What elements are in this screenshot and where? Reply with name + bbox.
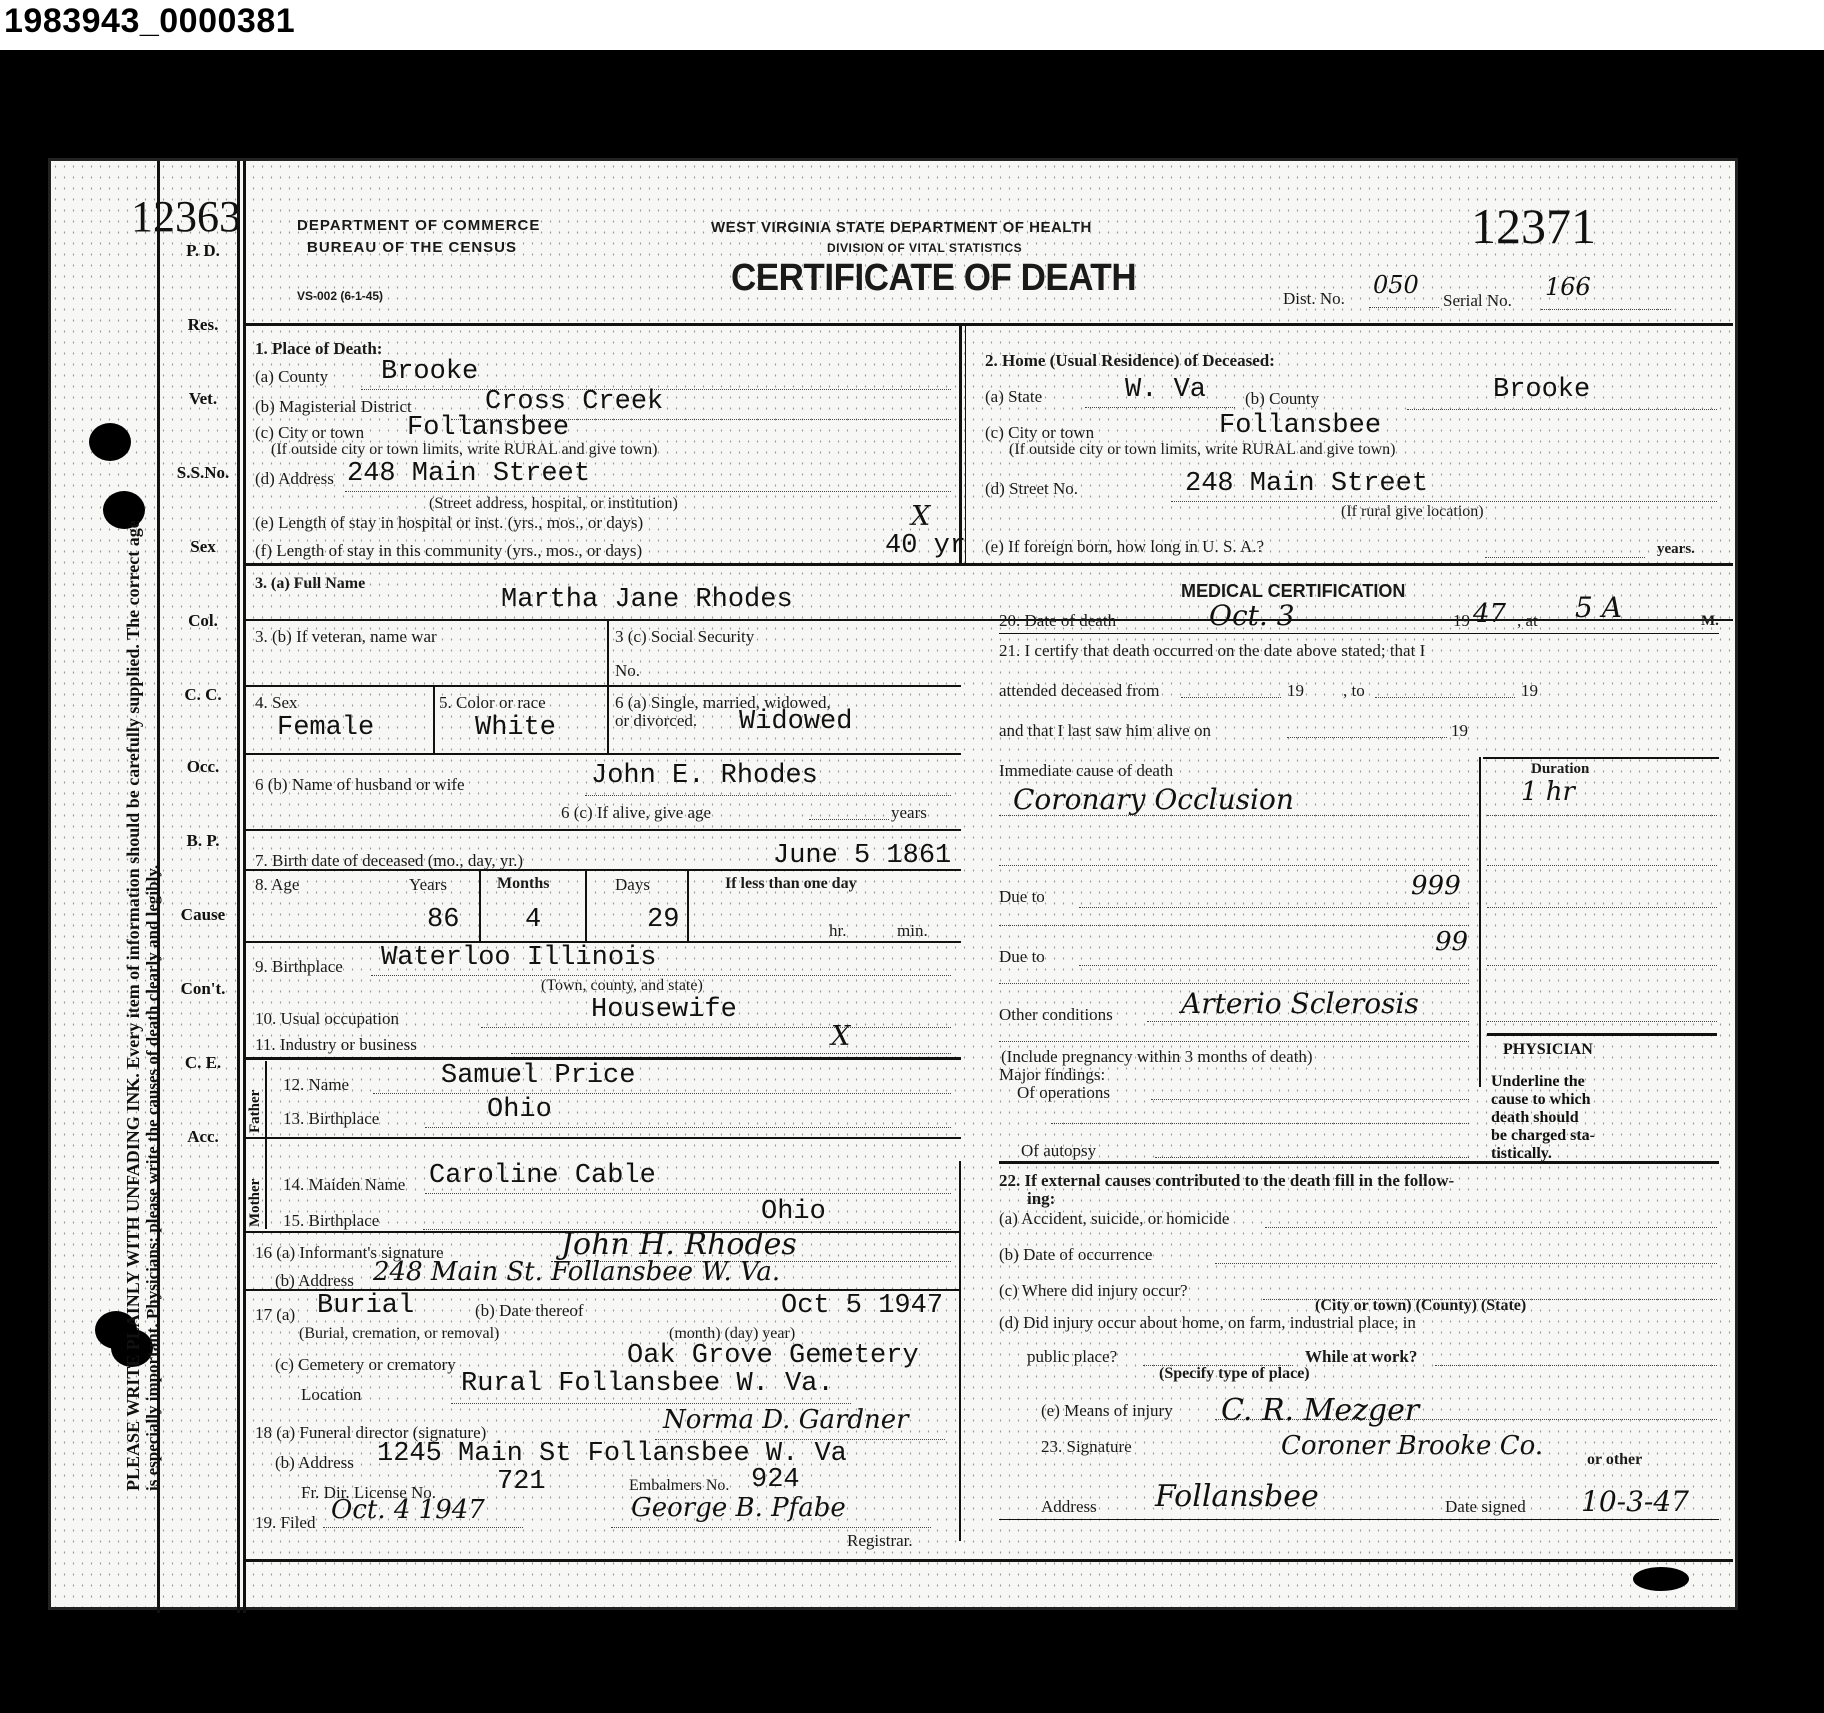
months-label: Months (497, 875, 549, 893)
underline (1407, 409, 1717, 410)
underline (1051, 1123, 1469, 1124)
less-day-label: If less than one day (725, 875, 857, 893)
row-divider (243, 685, 961, 687)
header-divider (243, 323, 1733, 326)
sex-label: 4. Sex (255, 693, 298, 713)
father-bracket (265, 1061, 267, 1147)
years-label: Years (409, 875, 447, 895)
address-note: (Street address, hospital, or institutio… (429, 495, 678, 513)
image-id: 1983943_0000381 (4, 2, 295, 41)
age-months[interactable]: 4 (525, 905, 541, 935)
home-state[interactable]: W. Va (1125, 375, 1206, 405)
section-divider (243, 563, 1733, 566)
code-ce: C. E. (161, 1053, 245, 1073)
burial-date[interactable]: Oct 5 1947 (781, 1291, 943, 1321)
underline (1171, 501, 1717, 502)
underline (1485, 557, 1645, 558)
state-dept: WEST VIRGINIA STATE DEPARTMENT OF HEALTH (711, 219, 1092, 236)
stay-community[interactable]: 40 yr (885, 531, 966, 561)
certifier-title[interactable]: Coroner Brooke Co. (1281, 1431, 1543, 1461)
physician-note-line: death should (1491, 1109, 1595, 1127)
underline (1265, 1227, 1717, 1228)
title-print: or other (1587, 1451, 1642, 1469)
occupation[interactable]: Housewife (591, 995, 737, 1025)
burial-label: 17 (a) (255, 1305, 295, 1325)
certifier-signature[interactable]: C. R. Mezger (1221, 1393, 1419, 1428)
binder-hole (89, 423, 131, 461)
underline (1369, 307, 1439, 308)
underline (451, 1403, 851, 1404)
dist-no-label: Dist. No. (1283, 289, 1345, 309)
column-divider (243, 161, 246, 1613)
funeral-signature[interactable]: Norma D. Gardner (663, 1405, 909, 1435)
physician-note-line: Underline the (1491, 1073, 1595, 1091)
burial-method-note: (Burial, cremation, or removal) (299, 1325, 499, 1343)
death-year-prefix: 19 (1453, 611, 1470, 631)
at-label: , at (1517, 611, 1538, 631)
due-to-1[interactable]: 999 (1411, 871, 1461, 901)
home-state-label: (a) State (985, 387, 1042, 407)
last-saw-label: and that I last saw him alive on (999, 721, 1211, 741)
address-label: (d) Address (255, 469, 334, 489)
mother-bracket (265, 1141, 267, 1229)
spouse-age-suffix: years (891, 803, 927, 823)
underline (1155, 1157, 1469, 1158)
mother-name[interactable]: Caroline Cable (429, 1161, 656, 1191)
home-county[interactable]: Brooke (1493, 375, 1590, 405)
industry[interactable]: X (831, 1021, 850, 1052)
cell-divider (687, 871, 689, 941)
birth-date[interactable]: June 5 1861 (773, 841, 951, 871)
code-occ: Occ. (161, 757, 245, 777)
county-label: (a) County (255, 367, 328, 387)
dist-no: 050 (1373, 271, 1419, 299)
underline (323, 1527, 523, 1528)
cell-divider (433, 687, 435, 753)
row-divider (243, 869, 961, 871)
burial-location[interactable]: Rural Follansbee W. Va. (461, 1369, 834, 1399)
mother-tab: Mother (247, 1179, 264, 1227)
duration[interactable]: 1 hr (1521, 777, 1575, 807)
industry-label: 11. Industry or business (255, 1035, 417, 1055)
bottom-border (243, 1559, 1733, 1562)
home-street-label: (d) Street No. (985, 479, 1078, 499)
stamp-number: 12363 (131, 191, 241, 242)
cell-divider (585, 871, 587, 941)
father-birthplace[interactable]: Ohio (487, 1095, 552, 1125)
row-divider (1487, 1033, 1717, 1036)
date-signed-label: Date signed (1445, 1497, 1526, 1517)
other-conditions[interactable]: Arterio Sclerosis (1181, 987, 1419, 1020)
serial-no: 166 (1545, 273, 1591, 301)
section-divider (959, 326, 962, 564)
row-divider (999, 633, 1719, 634)
physician-note-line: be charged sta- (1491, 1127, 1595, 1145)
cemetery-label: (c) Cemetery or crematory (275, 1355, 456, 1375)
home-street[interactable]: 248 Main Street (1185, 469, 1428, 499)
while-at-work-label: While at work? (1305, 1347, 1417, 1367)
margin-instruction-2: is especially important. Physicians: ple… (143, 865, 163, 1491)
physician-note: Underline the cause to which death shoul… (1491, 1073, 1595, 1163)
certificate-number: 12371 (1471, 197, 1596, 255)
row-divider (243, 619, 1733, 621)
row-divider (1483, 757, 1719, 759)
underline (999, 983, 1469, 984)
immediate-cause[interactable]: Coronary Occlusion (1013, 783, 1294, 816)
father-tab: Father (247, 1090, 264, 1133)
stay-community-label: (f) Length of stay in this community (yr… (255, 541, 642, 561)
row-divider (243, 829, 961, 831)
underline (1085, 407, 1235, 408)
stay-hospital-label: (e) Length of stay in hospital or inst. … (255, 513, 643, 533)
mother-birthplace[interactable]: Ohio (761, 1197, 826, 1227)
father-bp-label: 13. Birthplace (283, 1109, 379, 1129)
location-label: Location (301, 1385, 361, 1405)
certifier-address[interactable]: Follansbee (1155, 1479, 1319, 1514)
code-col: Col. (161, 611, 245, 631)
row-divider (999, 1519, 1719, 1520)
occupation-label: 10. Usual occupation (255, 1009, 399, 1029)
underline (373, 1093, 951, 1094)
veteran-label: 3. (b) If veteran, name war (255, 627, 437, 647)
dept-line-1: DEPARTMENT OF COMMERCE (297, 217, 540, 234)
means-label: (e) Means of injury (1041, 1401, 1173, 1421)
father-name-label: 12. Name (283, 1075, 349, 1095)
underline (425, 1193, 951, 1194)
underline (1487, 907, 1717, 908)
code-cause: Cause (161, 905, 245, 925)
death-county[interactable]: Brooke (381, 357, 478, 387)
license-no[interactable]: 721 (497, 1467, 546, 1497)
underline (1487, 865, 1717, 866)
ss-no-label: No. (615, 661, 640, 681)
underline (481, 1027, 951, 1028)
underline (1375, 697, 1515, 698)
seal-mark (1633, 1567, 1689, 1591)
foreign-label: (e) If foreign born, how long in U. S. A… (985, 537, 1264, 557)
home-street-note: (If rural give location) (1341, 503, 1484, 521)
underline (999, 925, 1469, 926)
home-city-note: (If outside city or town limits, write R… (1009, 441, 1395, 459)
underline (371, 975, 951, 976)
row-divider (243, 1137, 961, 1139)
nineteen-1: 19 (1287, 681, 1304, 701)
accident-label: (a) Accident, suicide, or homicide (999, 1209, 1229, 1229)
full-name-label: 3. (a) Full Name (255, 575, 365, 593)
filed-date[interactable]: Oct. 4 1947 (331, 1495, 485, 1525)
home-city[interactable]: Follansbee (1219, 411, 1381, 441)
burial-date-label: (b) Date thereof (475, 1301, 584, 1321)
age-days[interactable]: 29 (647, 905, 679, 935)
death-address[interactable]: 248 Main Street (347, 459, 590, 489)
underline (999, 865, 1469, 866)
underline (1487, 965, 1717, 966)
embalmer-no[interactable]: 924 (751, 1465, 800, 1495)
did-injury-label: (d) Did injury occur about home, on farm… (999, 1313, 1416, 1333)
spouse-label: 6 (b) Name of husband or wife (255, 775, 465, 795)
other-label: Other conditions (999, 1005, 1113, 1025)
underline (1487, 1021, 1717, 1022)
race[interactable]: White (475, 713, 556, 743)
father-name[interactable]: Samuel Price (441, 1061, 635, 1091)
min-label: min. (897, 921, 928, 941)
underline (1287, 737, 1447, 738)
autopsy-label: Of autopsy (1021, 1141, 1096, 1161)
underline (999, 815, 1469, 816)
informant-address[interactable]: 248 Main St. Follansbee W. Va. (373, 1257, 780, 1287)
underline (1147, 1021, 1469, 1022)
death-time[interactable]: 5 A (1575, 591, 1622, 624)
days-label: Days (615, 875, 650, 895)
nineteen-2: 19 (1521, 681, 1538, 701)
underline (1079, 907, 1469, 908)
home-city-label: (c) City or town (985, 423, 1094, 443)
registrar-signature[interactable]: George B. Pfabe (631, 1493, 846, 1523)
marital-status[interactable]: Widowed (739, 707, 852, 737)
foreign-suffix: years. (1657, 541, 1695, 558)
dept-line-2: BUREAU OF THE CENSUS (307, 239, 517, 256)
section-divider (965, 326, 966, 564)
attended-label: attended deceased from (999, 681, 1159, 701)
underline (425, 1127, 951, 1128)
age-label: 8. Age (255, 875, 299, 895)
spouse-name[interactable]: John E. Rhodes (591, 761, 818, 791)
code-cont: Con't. (161, 979, 245, 999)
certifier-address-label: Address (1041, 1497, 1097, 1517)
column-divider (157, 161, 160, 1613)
code-sex: Sex (161, 537, 245, 557)
duration-divider (1479, 757, 1481, 1087)
race-label: 5. Color or race (439, 693, 546, 713)
cell-divider (607, 687, 609, 753)
image-id-bar: 1983943_0000381 (0, 0, 1824, 50)
death-certificate: PLEASE WRITE PLAINLY WITH UNFADING INK. … (48, 158, 1738, 1610)
m-label: M. (1701, 613, 1719, 630)
code-res: Res. (161, 315, 245, 335)
physician-title: PHYSICIAN (1503, 1041, 1593, 1059)
code-vet: Vet. (161, 389, 245, 409)
operations-label: Of operations (1017, 1083, 1110, 1103)
section-divider (959, 1161, 961, 1541)
underline (809, 819, 889, 820)
district-label: (b) Magisterial District (255, 397, 412, 417)
underline (511, 1053, 951, 1054)
cemetery[interactable]: Oak Grove Gemetery (627, 1341, 919, 1371)
underline (999, 1041, 1469, 1042)
code-acc: Acc. (161, 1127, 245, 1147)
row-divider (243, 1057, 961, 1060)
duration-label: Duration (1531, 761, 1589, 778)
stay-hospital[interactable]: X (911, 501, 930, 532)
physician-note-line: cause to which (1491, 1091, 1595, 1109)
due-to-2[interactable]: 99 (1435, 927, 1468, 957)
major-findings: Major findings: (999, 1065, 1105, 1085)
underline (1435, 1365, 1717, 1366)
date-signed[interactable]: 10-3-47 (1581, 1485, 1689, 1518)
certify-line: 21. I certify that death occurred on the… (999, 641, 1425, 661)
external-heading-1: 22. If external causes contributed to th… (999, 1171, 1454, 1191)
code-cc: C. C. (161, 685, 245, 705)
row-divider (999, 1161, 1719, 1164)
public-place-label: public place? (1027, 1347, 1117, 1367)
code-ssno: S.S.No. (161, 463, 245, 483)
serial-no-label: Serial No. (1443, 291, 1512, 311)
spouse-age-label: 6 (c) If alive, give age (561, 803, 711, 823)
home-county-label: (b) County (1245, 389, 1319, 409)
birth-label: 7. Birth date of deceased (mo., day, yr.… (255, 851, 523, 871)
city-note: (If outside city or town limits, write R… (271, 441, 657, 459)
death-date[interactable]: Oct. 3 (1209, 599, 1295, 632)
burial-method[interactable]: Burial (317, 1291, 414, 1321)
underline (585, 795, 951, 796)
birthplace-label: 9. Birthplace (255, 957, 343, 977)
cell-divider (479, 871, 481, 941)
sex[interactable]: Female (277, 713, 374, 743)
immediate-label: Immediate cause of death (999, 761, 1173, 781)
funeral-address-label: (b) Address (275, 1453, 354, 1473)
underline (1079, 965, 1469, 966)
underline (1151, 1099, 1469, 1100)
certificate-title: CERTIFICATE OF DEATH (731, 257, 1136, 300)
underline (611, 1527, 931, 1528)
margin-instruction-1: PLEASE WRITE PLAINLY WITH UNFADING INK. … (123, 520, 144, 1491)
column-divider (237, 161, 240, 1613)
cell-divider (607, 621, 609, 685)
death-date-label: 20. Date of death (999, 611, 1116, 631)
birthplace-note: (Town, county, and state) (541, 977, 703, 995)
due-to-label-2: Due to (999, 947, 1045, 967)
home-heading: 2. Home (Usual Residence) of Deceased: (985, 351, 1275, 371)
hr-label: hr. (829, 921, 846, 941)
row-divider (243, 753, 961, 755)
underline (1487, 815, 1717, 816)
filed-label: 19. Filed (255, 1513, 315, 1533)
where-label: (c) Where did injury occur? (999, 1281, 1188, 1301)
code-bp: B. P. (161, 831, 245, 851)
mother-name-label: 14. Maiden Name (283, 1175, 405, 1195)
place-heading: 1. Place of Death: (255, 339, 382, 359)
marital-label-2: or divorced. (615, 711, 697, 731)
ss-label: 3 (c) Social Security (615, 627, 754, 647)
informant-address-label: (b) Address (275, 1271, 354, 1291)
nineteen-3: 19 (1451, 721, 1468, 741)
occurrence-label: (b) Date of occurrence (999, 1245, 1152, 1265)
death-city[interactable]: Follansbee (407, 413, 569, 443)
city-label: (c) City or town (255, 423, 364, 443)
code-pd: P. D. (161, 241, 245, 261)
specify-note: (Specify type of place) (1159, 1365, 1310, 1383)
birthplace[interactable]: Waterloo Illinois (381, 943, 656, 973)
pregnancy-note: (Include pregnancy within 3 months of de… (1001, 1047, 1313, 1067)
underline (1215, 1263, 1717, 1264)
full-name[interactable]: Martha Jane Rhodes (501, 585, 793, 615)
division: DIVISION OF VITAL STATISTICS (827, 241, 1022, 255)
to-label: , to (1343, 681, 1365, 701)
mother-bp-label: 15. Birthplace (283, 1211, 379, 1231)
death-year[interactable]: 47 (1473, 599, 1506, 629)
underline (345, 491, 951, 492)
age-years[interactable]: 86 (427, 905, 459, 935)
registrar-label: Registrar. (847, 1531, 913, 1551)
signature-label: 23. Signature (1041, 1437, 1132, 1457)
due-to-label-1: Due to (999, 887, 1045, 907)
underline (1541, 309, 1671, 310)
form-code: VS-002 (6-1-45) (297, 289, 383, 303)
external-heading-2: ing: (1027, 1189, 1055, 1209)
underline (1181, 697, 1281, 698)
